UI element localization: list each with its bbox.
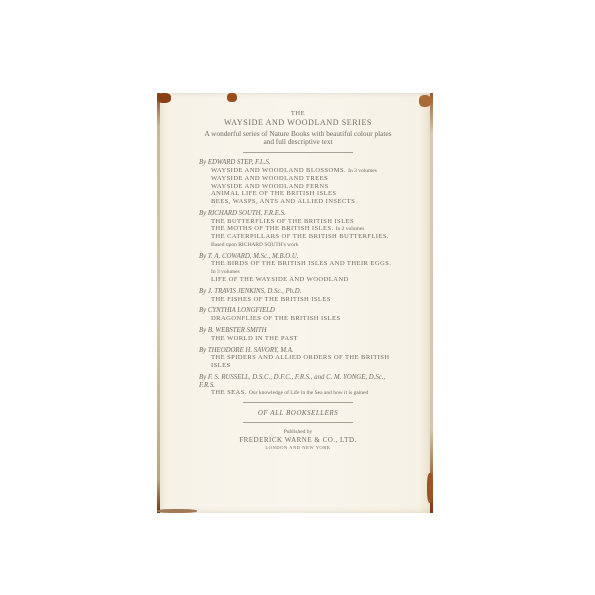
book-note: In 3 volumes [211,269,240,275]
book-title-text: THE BUTTERFLIES OF THE BRITISH ISLES [211,218,354,225]
author-name: By THEODORE H. SAVORY, M.A. [199,347,397,355]
book-list: By EDWARD STEP, F.L.S.WAYSIDE AND WOODLA… [199,159,397,397]
book-title-text: THE MOTHS OF THE BRITISH ISLES. [211,225,334,232]
book-title: WAYSIDE AND WOODLAND BLOSSOMS. In 3 volu… [199,167,397,175]
book-title-text: THE SPIDERS AND ALLIED ORDERS OF THE BRI… [211,354,390,369]
book-title-text: THE BIRDS OF THE BRITISH ISLES AND THEIR… [211,260,391,267]
book-title: THE MOTHS OF THE BRITISH ISLES. In 2 vol… [199,225,397,233]
author-name: By F. S. RUSSELL, D.S.C., D.F.C., F.R.S.… [199,374,397,390]
book-title-text: BEES, WASPS, ANTS AND ALLIED INSECTS [211,198,355,205]
book-title: BEES, WASPS, ANTS AND ALLIED INSECTS [199,198,397,206]
book-title: WAYSIDE AND WOODLAND TREES [199,175,397,183]
book-note: Based upon RICHARD SOUTH's work [211,242,298,248]
book-title-text: DRAGONFLIES OF THE BRITISH ISLES [211,315,341,322]
book-back-cover: THE WAYSIDE AND WOODLAND SERIES A wonder… [157,93,433,513]
series-header-the: THE [199,110,397,117]
wear-stain [157,509,197,513]
book-title: DRAGONFLIES OF THE BRITISH ISLES [199,315,397,323]
wear-stain [227,93,237,102]
cover-edge-left [157,93,160,513]
wear-stain [427,473,433,503]
book-title-text: LIFE OF THE WAYSIDE AND WOODLAND [211,276,349,283]
publisher-location: LONDON AND NEW YORK [199,445,397,450]
wear-stain [157,93,171,103]
book-title: ANIMAL LIFE OF THE BRITISH ISLES [199,190,397,198]
book-note: In 3 volumes [348,168,377,174]
book-title: WAYSIDE AND WOODLAND FERNS [199,183,397,191]
cover-edge-right [430,93,433,513]
book-title: THE WORLD IN THE PAST [199,335,397,343]
book-title: THE CATERPILLARS OF THE BRITISH BUTTERFL… [199,233,397,249]
book-title: THE SEAS. Our knowledge of Life in the S… [199,389,397,397]
book-title-text: ANIMAL LIFE OF THE BRITISH ISLES [211,190,336,197]
author-name: By RICHARD SOUTH, F.R.E.S. [199,210,397,218]
book-title-text: WAYSIDE AND WOODLAND BLOSSOMS. [211,167,346,174]
book-title-text: THE WORLD IN THE PAST [211,335,298,342]
book-title-text: WAYSIDE AND WOODLAND FERNS [211,183,329,190]
book-note: Our knowledge of Life in the Sea and how… [249,390,368,396]
cover-text: THE WAYSIDE AND WOODLAND SERIES A wonder… [199,110,397,450]
divider [243,152,353,153]
book-title-text: THE CATERPILLARS OF THE BRITISH BUTTERFL… [211,233,389,240]
book-note: In 2 volumes [336,226,365,232]
book-title: THE BUTTERFLIES OF THE BRITISH ISLES [199,218,397,226]
book-title-text: THE FISHES OF THE BRITISH ISLES [211,296,331,303]
divider [243,402,353,403]
series-title: WAYSIDE AND WOODLAND SERIES [199,118,397,127]
book-title: THE SPIDERS AND ALLIED ORDERS OF THE BRI… [199,354,397,370]
divider [243,422,353,423]
author-name: By B. WEBSTER SMITH [199,327,397,335]
author-name: By EDWARD STEP, F.L.S. [199,159,397,167]
series-description: A wonderful series of Nature Books with … [199,130,397,148]
author-name: By J. TRAVIS JENKINS, D.Sc., Ph.D. [199,288,397,296]
book-title: THE BIRDS OF THE BRITISH ISLES AND THEIR… [199,260,397,276]
author-name: By CYNTHIA LONGFIELD [199,307,397,315]
book-title-text: WAYSIDE AND WOODLAND TREES [211,175,328,182]
book-title: LIFE OF THE WAYSIDE AND WOODLAND [199,276,397,284]
sellers-line: OF ALL BOOKSELLERS [199,409,397,417]
author-name: By T. A. COWARD, M.Sc., M.B.O.U. [199,253,397,261]
wear-stain [419,95,431,107]
book-title-text: THE SEAS. [211,389,247,396]
publisher-name: FREDERICK WARNE & CO., LTD. [199,436,397,444]
book-title: THE FISHES OF THE BRITISH ISLES [199,296,397,304]
